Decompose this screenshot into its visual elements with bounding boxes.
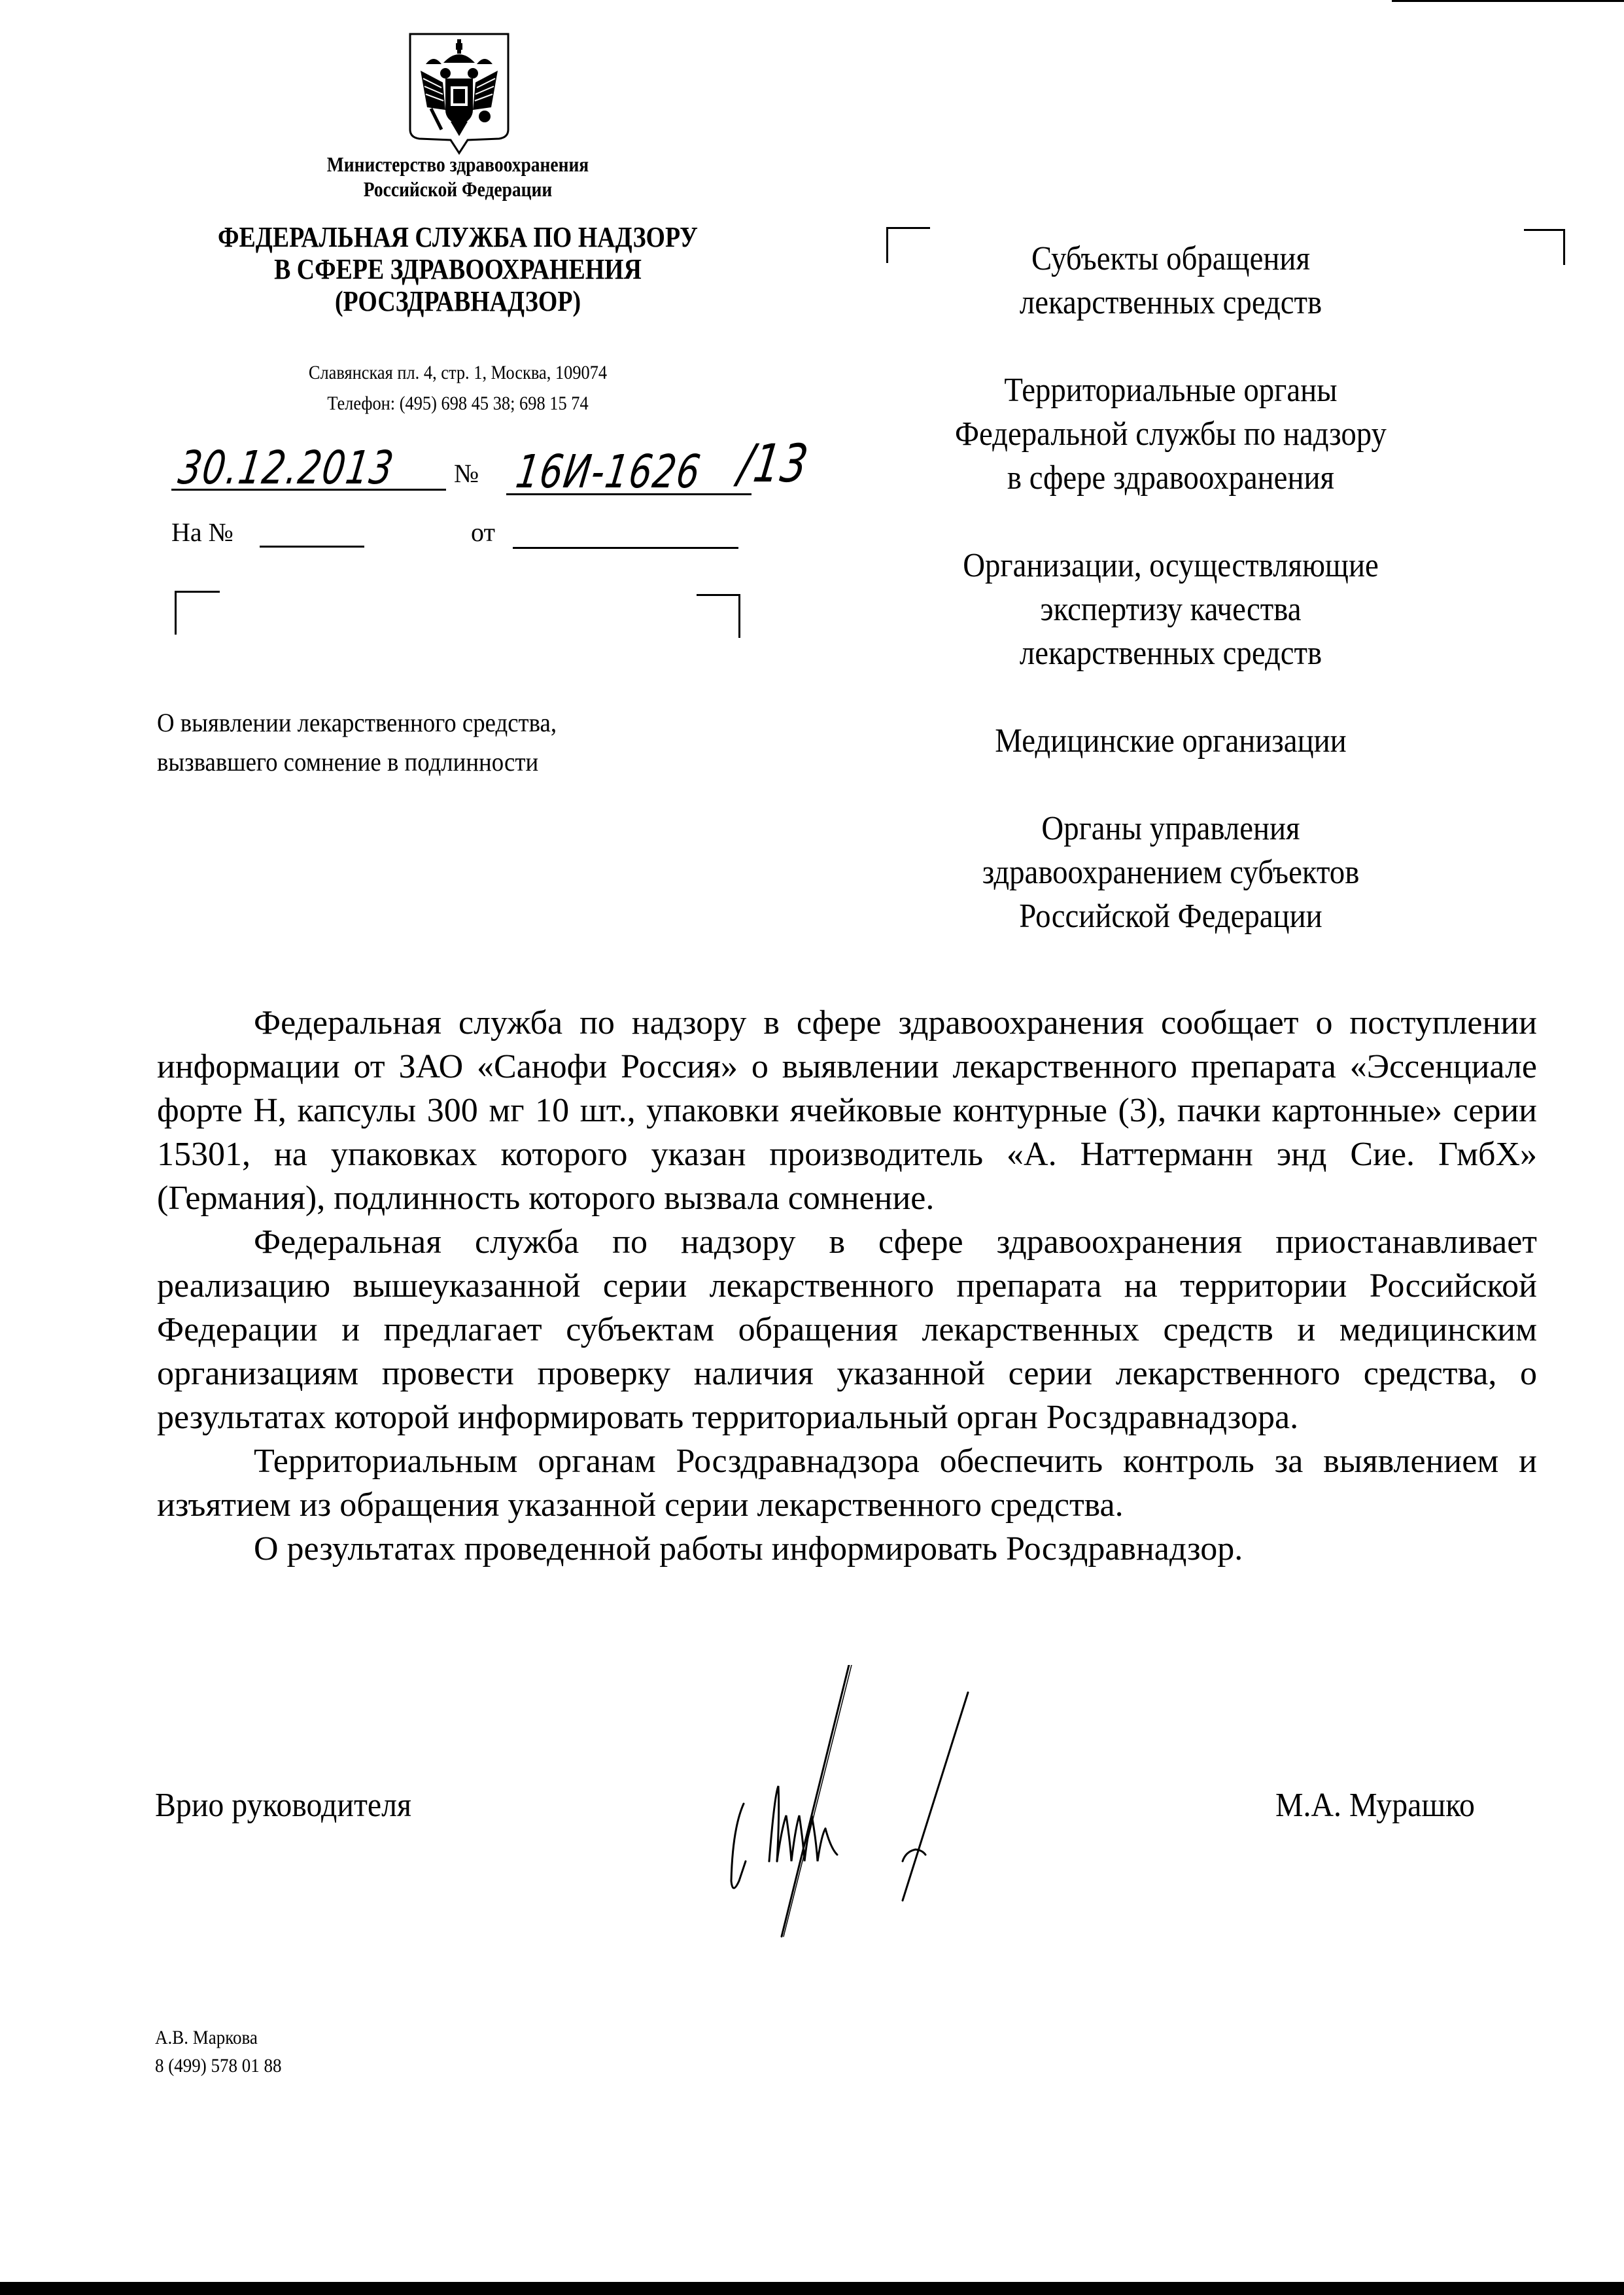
body-paragraph: Федеральная служба по надзору в сфере зд… <box>157 1220 1537 1439</box>
recipient-line: Медицинские организации <box>909 719 1433 763</box>
on-number-field <box>260 517 364 548</box>
address: Славянская пл. 4, стр. 1, Москва, 109074 <box>193 357 723 388</box>
recipients-bracket-right <box>1524 229 1565 265</box>
recipient-line: здравоохранением субъектов <box>909 850 1433 894</box>
recipient: Органы управления здравоохранением субъе… <box>909 807 1433 938</box>
registration-date: 30.12.2013 <box>175 441 398 495</box>
subject-line: О выявлении лекарственного средства, <box>157 703 699 743</box>
service-line: В СФЕРЕ ЗДРАВООХРАНЕНИЯ <box>177 253 739 285</box>
scan-bottom-edge <box>0 2282 1624 2295</box>
recipient: Медицинские организации <box>909 719 1433 763</box>
bracket-top-right <box>697 594 740 638</box>
recipients-list: Субъекты обращения лекарственных средств… <box>880 237 1462 982</box>
bracket-top-left <box>175 591 220 635</box>
reference-line: На № от <box>171 517 825 556</box>
recipient-line: экспертизу качества <box>909 587 1433 631</box>
handwritten-signature-icon <box>706 1665 1099 1940</box>
recipient: Организации, осуществляющие экспертизу к… <box>909 544 1433 675</box>
recipient-line: Российской Федерации <box>909 894 1433 938</box>
recipient-line: Субъекты обращения <box>909 237 1433 281</box>
number-underline <box>506 493 752 495</box>
recipient-line: в сфере здравоохранения <box>909 456 1433 500</box>
registration-number: 16И-1626 <box>513 445 704 499</box>
body-paragraph: О результатах проведенной работы информи… <box>157 1527 1537 1571</box>
recipient-line: лекарственных средств <box>909 281 1433 324</box>
recipient-line: лекарственных средств <box>909 631 1433 675</box>
recipient: Территориальные органы Федеральной служб… <box>909 368 1433 500</box>
scan-edge-line <box>1392 0 1624 2</box>
service-line: ФЕДЕРАЛЬНАЯ СЛУЖБА ПО НАДЗОРУ <box>177 221 739 253</box>
on-number-label: На № <box>171 517 233 548</box>
signatory-name: М.А. Мурашко <box>1275 1786 1475 1825</box>
ministry-line: Министерство здравоохранения <box>199 152 716 177</box>
letterhead-contacts: Славянская пл. 4, стр. 1, Москва, 109074… <box>193 357 723 419</box>
recipient-line: Территориальные органы <box>909 368 1433 412</box>
date-underline <box>171 489 446 491</box>
number-sign: № <box>454 458 479 489</box>
subject-line: вызвавшего сомнение в подлинности <box>157 743 699 782</box>
ministry-line: Российской Федерации <box>199 177 716 201</box>
letter-subject: О выявлении лекарственного средства, выз… <box>157 703 699 782</box>
registration-number-suffix: /13 <box>735 433 812 494</box>
executor-info: А.В. Маркова 8 (499) 578 01 88 <box>155 2023 281 2080</box>
ministry-name: Министерство здравоохранения Российской … <box>199 152 716 201</box>
service-line: (РОСЗДРАВНАДЗОР) <box>177 285 739 317</box>
service-name: ФЕДЕРАЛЬНАЯ СЛУЖБА ПО НАДЗОРУ В СФЕРЕ ЗД… <box>177 221 739 317</box>
executor-phone: 8 (499) 578 01 88 <box>155 2052 281 2080</box>
from-label: от <box>471 517 495 548</box>
body-paragraph: Федеральная служба по надзору в сфере зд… <box>157 1001 1537 1220</box>
executor-name: А.В. Маркова <box>155 2023 281 2052</box>
recipient-line: Организации, осуществляющие <box>909 544 1433 587</box>
phone: Телефон: (495) 698 45 38; 698 15 74 <box>193 388 723 419</box>
coat-of-arms-icon <box>407 31 511 156</box>
recipient-line: Органы управления <box>909 807 1433 850</box>
registration-line: 30.12.2013 № 16И-1626 /13 <box>171 440 878 499</box>
recipient-line: Федеральной службы по надзору <box>909 412 1433 456</box>
body-paragraph: Территориальным органам Росздравнадзора … <box>157 1439 1537 1527</box>
recipient: Субъекты обращения лекарственных средств <box>909 237 1433 324</box>
letter-body: Федеральная служба по надзору в сфере зд… <box>157 1001 1537 1571</box>
from-date-field <box>513 517 738 549</box>
signatory-title: Врио руководителя <box>155 1786 411 1825</box>
